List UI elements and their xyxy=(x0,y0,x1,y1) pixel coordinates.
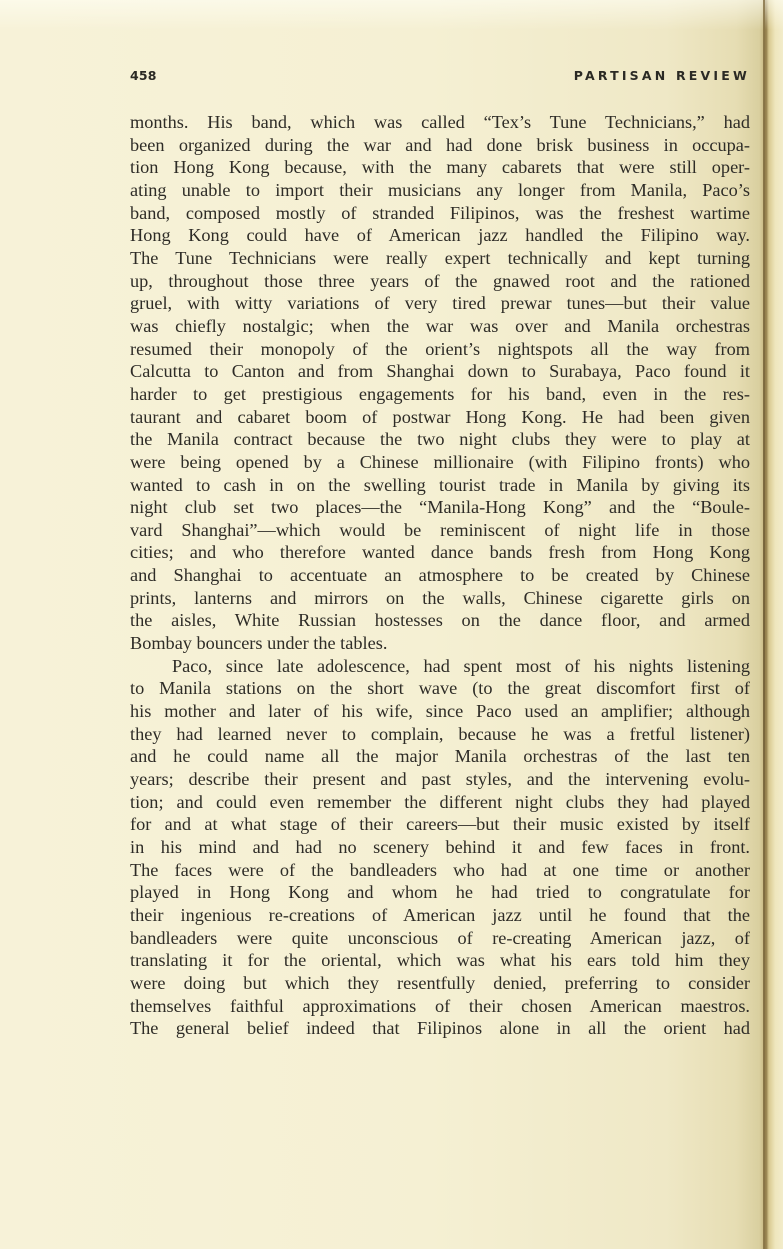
text-line: was chiefly nostalgic; when the war was … xyxy=(130,315,750,338)
text-line: they had learned never to complain, beca… xyxy=(130,723,750,746)
text-line: Bombay bouncers under the tables. xyxy=(130,632,750,655)
text-line: played in Hong Kong and whom he had trie… xyxy=(130,881,750,904)
page-top-highlight xyxy=(0,0,783,30)
text-line: the Manila contract because the two nigh… xyxy=(130,428,750,451)
text-line: bandleaders were quite unconscious of re… xyxy=(130,927,750,950)
text-line: resumed their monopoly of the orient’s n… xyxy=(130,338,750,361)
text-line: their ingenious re-creations of American… xyxy=(130,904,750,927)
paragraph-2: Paco, since late adolescence, had spent … xyxy=(130,655,750,1040)
text-line: in his mind and had no scenery behind it… xyxy=(130,836,750,859)
text-line: night club set two places—the “Manila-Ho… xyxy=(130,496,750,519)
text-line: were being opened by a Chinese millionai… xyxy=(130,451,750,474)
text-line: harder to get prestigious engagements fo… xyxy=(130,383,750,406)
text-line: wanted to cash in on the swelling touris… xyxy=(130,474,750,497)
text-line: Hong Kong could have of American jazz ha… xyxy=(130,224,750,247)
book-binding-edge xyxy=(763,0,765,1249)
text-line: cities; and who therefore wanted dance b… xyxy=(130,541,750,564)
text-line: ating unable to import their musicians a… xyxy=(130,179,750,202)
text-line: prints, lanterns and mirrors on the wall… xyxy=(130,587,750,610)
text-line: band, composed mostly of stranded Filipi… xyxy=(130,202,750,225)
text-line: translating it for the oriental, which w… xyxy=(130,949,750,972)
book-page: 458 PARTISAN REVIEW months. His band, wh… xyxy=(0,0,783,1249)
page-number: 458 xyxy=(130,68,157,83)
text-line: The Tune Technicians were really expert … xyxy=(130,247,750,270)
text-line: taurant and cabaret boom of postwar Hong… xyxy=(130,406,750,429)
text-line: themselves faithful approximations of th… xyxy=(130,995,750,1018)
text-line: tion Hong Kong because, with the many ca… xyxy=(130,156,750,179)
text-line: been organized during the war and had do… xyxy=(130,134,750,157)
text-line: for and at what stage of their careers—b… xyxy=(130,813,750,836)
text-line: Paco, since late adolescence, had spent … xyxy=(130,655,750,678)
text-line: gruel, with witty variations of very tir… xyxy=(130,292,750,315)
text-line: the aisles, White Russian hostesses on t… xyxy=(130,609,750,632)
running-head: PARTISAN REVIEW xyxy=(574,68,750,83)
text-line: Calcutta to Canton and from Shanghai dow… xyxy=(130,360,750,383)
text-line: months. His band, which was called “Tex’… xyxy=(130,111,750,134)
text-line: The general belief indeed that Filipinos… xyxy=(130,1017,750,1040)
body-text: months. His band, which was called “Tex’… xyxy=(130,111,750,1040)
page-header: 458 PARTISAN REVIEW xyxy=(130,68,750,88)
text-line: and Shanghai to accentuate an atmosphere… xyxy=(130,564,750,587)
text-line: vard Shanghai”—which would be reminiscen… xyxy=(130,519,750,542)
text-line: years; describe their present and past s… xyxy=(130,768,750,791)
text-line: and he could name all the major Manila o… xyxy=(130,745,750,768)
text-line: The faces were of the bandleaders who ha… xyxy=(130,859,750,882)
paragraph-1: months. His band, which was called “Tex’… xyxy=(130,111,750,655)
text-line: up, throughout those three years of the … xyxy=(130,270,750,293)
text-line: were doing but which they resentfully de… xyxy=(130,972,750,995)
text-line: tion; and could even remember the differ… xyxy=(130,791,750,814)
text-line: his mother and later of his wife, since … xyxy=(130,700,750,723)
text-line: to Manila stations on the short wave (to… xyxy=(130,677,750,700)
